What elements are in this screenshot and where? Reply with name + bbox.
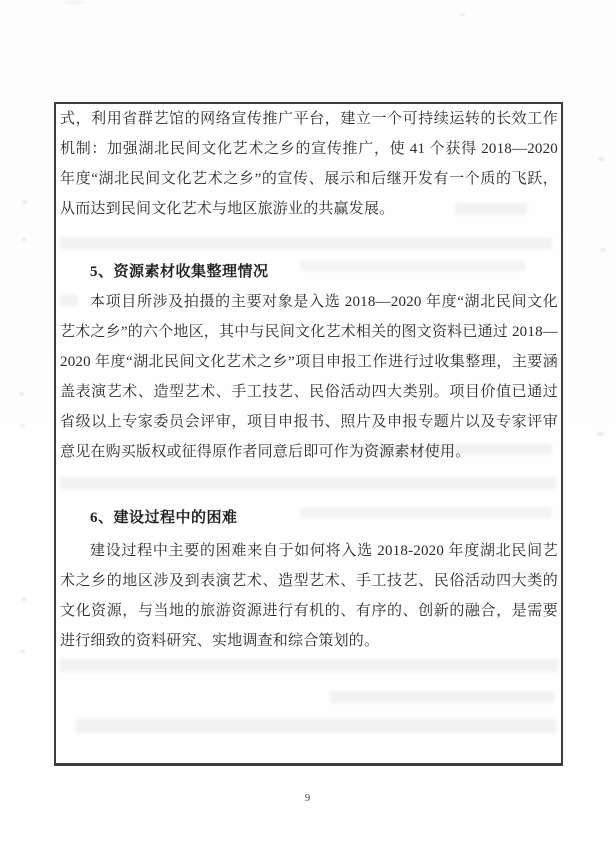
scan-speck [21, 238, 27, 241]
page-number: 9 [0, 792, 615, 804]
scan-speck [460, 13, 465, 16]
scan-speck [20, 650, 25, 653]
scan-speck [598, 157, 605, 161]
continuation-paragraph: 式，利用省群艺馆的网络宣传推广平台，建立一个可持续运转的长效工作机制：加强湖北民… [60, 104, 558, 224]
document-table-cell: 式，利用省群艺馆的网络宣传推广平台，建立一个可持续运转的长效工作机制：加强湖北民… [54, 102, 563, 766]
scanned-document-page: 式，利用省群艺馆的网络宣传推广平台，建立一个可持续运转的长效工作机制：加强湖北民… [0, 0, 615, 862]
section-5-paragraph: 本项目所涉及拍摄的主要对象是入选 2018—2020 年度“湖北民间文化艺术之乡… [60, 287, 558, 467]
scan-speck [19, 392, 24, 396]
scan-speck [597, 432, 604, 436]
scan-speck [22, 200, 28, 204]
section-6-paragraph: 建设过程中主要的困难来自于如何将入选 2018-2020 年度湖北民间艺术之乡的… [60, 536, 558, 656]
scan-speck [600, 248, 606, 252]
scan-speck [20, 424, 25, 427]
scan-speck [21, 598, 27, 601]
section-5-heading: 5、资源素材收集整理情况 [60, 257, 558, 287]
scan-speck [63, 1, 85, 4]
section-6-heading: 6、建设过程中的困难 [60, 503, 558, 533]
